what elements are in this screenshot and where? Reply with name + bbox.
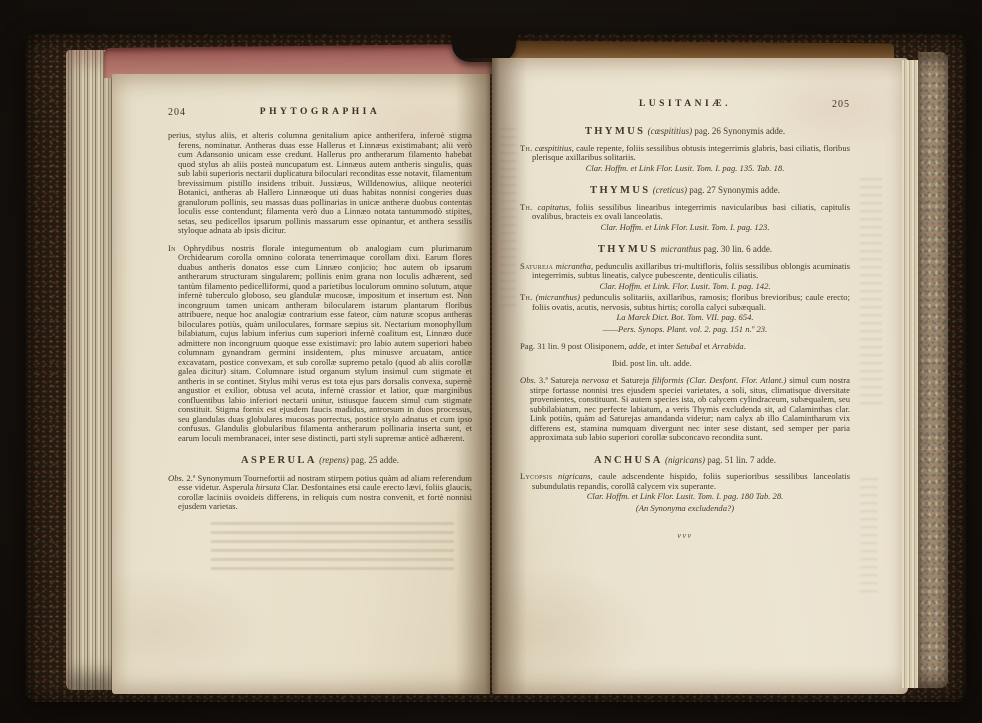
page-number-left: 204 <box>168 108 186 118</box>
ink-bleedthrough-left <box>211 522 454 574</box>
page-left-text-column: 204 PHYTOGRAPHIA perius, stylus aliis, e… <box>112 74 490 574</box>
page-left: 204 PHYTOGRAPHIA perius, stylus aliis, e… <box>112 74 490 694</box>
species-description-capitatus: Th. capitatus, foliis sessilibus lineari… <box>520 203 850 222</box>
citation-an-synonyma: (An Synonyma excludenda?) <box>520 504 850 514</box>
species-heading-thymus-caespititius: THYMUS (cæspititius) pag. 26 Synonymis a… <box>520 127 850 137</box>
page-right: LUSITANIÆ. 205 THYMUS (cæspititius) pag.… <box>492 58 908 694</box>
citation-lamarck: La Marck Dict. Bot. Tom. VII. pag. 654. <box>520 313 850 323</box>
citation-flor-lusit-180: Clar. Hoffm. et Link Flor. Lusit. Tom. I… <box>520 492 850 502</box>
citation-persoon: ——Pers. Synops. Plant. vol. 2. pag. 151 … <box>520 325 850 335</box>
citation-flor-lusit-142: Clar. Hoffm. et Link. Flor. Lusit. Tom. … <box>520 282 850 292</box>
page-top-edge-left <box>104 44 492 78</box>
species-description-satureja-micrantha: Satureja micrantha, pedunculis axillarib… <box>520 262 850 281</box>
species-heading-thymus-creticus: THYMUS (creticus) pag. 27 Synonymis adde… <box>520 186 850 196</box>
book-photo: 204 PHYTOGRAPHIA perius, stylus aliis, e… <box>0 0 982 723</box>
observation-2: Obs. 2.ª Synonymum Tournefortii ad nostr… <box>168 474 472 512</box>
page-right-blocks: THYMUS (cæspititius) pag. 26 Synonymis a… <box>520 127 850 541</box>
errata-ibid: Ibid. post lin. ult. adde. <box>612 359 850 369</box>
species-heading-thymus-micranthus: THYMUS micranthus pag. 30 lin. 6 adde. <box>520 245 850 255</box>
page-left-blocks: perius, stylus aliis, et alteris columna… <box>168 131 472 512</box>
signature-mark: vvv <box>520 531 850 541</box>
page-number-right: 205 <box>832 100 850 110</box>
errata-pag-31: Pag. 31 lin. 9 post Olisiponem, adde, et… <box>520 342 850 352</box>
page-right-text-column: LUSITANIÆ. 205 THYMUS (cæspititius) pag.… <box>492 58 908 541</box>
running-title-left: PHYTOGRAPHIA <box>168 108 472 118</box>
page-left-header: 204 PHYTOGRAPHIA <box>168 108 472 122</box>
page-right-header: LUSITANIÆ. 205 <box>520 100 850 114</box>
species-heading-anchusa: ANCHUSA (nigricans) pag. 51 lin. 7 adde. <box>520 456 850 466</box>
fore-edge-marbled <box>918 52 948 688</box>
paragraph-ophrys: In Ophrydibus nostris florale integument… <box>168 244 472 444</box>
page-edges-left <box>66 50 118 690</box>
citation-flor-lusit-123: Clar. Hoffm. et Link Flor. Lusit. Tom. I… <box>520 223 850 233</box>
citation-flor-lusit-135: Clar. Hoffm. et Link Flor. Lusit. Tom. I… <box>520 164 850 174</box>
species-description-caespititius: Th. cæspititius, caule repente, foliis s… <box>520 144 850 163</box>
running-title-right: LUSITANIÆ. <box>520 100 850 110</box>
paragraph-anthers: perius, stylus aliis, et alteris columna… <box>168 131 472 236</box>
species-description-lycopsis: Lycopsis nigricans, caule adscendente hi… <box>520 472 850 491</box>
observation-3: Obs. 3.ª Satureja nervosa et Satureja fi… <box>520 376 850 443</box>
species-heading-asperula: ASPERULA (repens) pag. 25 adde. <box>168 456 472 466</box>
species-description-th-micranthus: Th. (micranthus) pedunculis solitariis, … <box>520 293 850 312</box>
